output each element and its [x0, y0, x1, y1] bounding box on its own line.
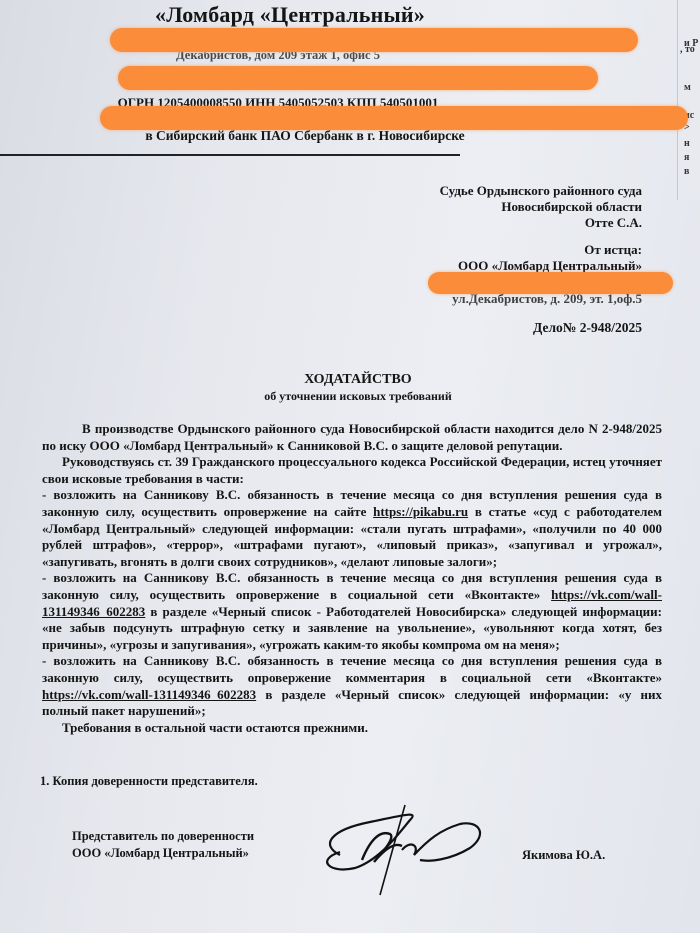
header-divider — [0, 154, 460, 156]
sender-label: От истца: — [584, 242, 642, 258]
edge-fragment: н — [684, 138, 690, 149]
edge-fragment: м — [684, 82, 691, 93]
pikabu-link[interactable]: https://pikabu.ru — [373, 504, 468, 519]
redaction-mark — [100, 106, 688, 130]
sender-address: ул.Декабристов, д. 209, эт. 1,оф.5 — [452, 291, 642, 307]
document-subtitle: об уточнении исковых требований — [8, 389, 700, 404]
signer-name: Якимова Ю.А. — [522, 848, 605, 863]
redaction-mark — [110, 28, 638, 52]
org-name-heading: «Ломбард «Центральный» — [0, 2, 640, 28]
redaction-mark — [118, 66, 598, 90]
claim-item-2: - возложить на Санникову В.С. обязанност… — [42, 570, 662, 653]
recipient-line: Судье Ордынского районного суда — [440, 183, 642, 199]
recipient-line: Новосибирской области — [501, 199, 642, 215]
claim-item-3: - возложить на Санникову В.С. обязанност… — [42, 653, 662, 719]
representative-role: Представитель по доверенности — [72, 828, 254, 844]
claim-item-1: - возложить на Санникову В.С. обязанност… — [42, 487, 662, 570]
recipient-line: Отте С.А. — [585, 215, 642, 231]
document-body: В производстве Ордынского районного суда… — [42, 421, 662, 736]
document-title: ХОДАТАЙСТВО — [8, 372, 700, 388]
handwritten-signature — [310, 800, 500, 900]
document-page: и Р , то м ис > н я в «Ломбард «Централь… — [0, 0, 700, 933]
intro-paragraph: В производстве Ордынского районного суда… — [42, 421, 662, 454]
adjacent-page-edge: и Р , то м ис > н я в — [677, 0, 700, 200]
edge-fragment: , то — [680, 44, 695, 55]
attachment-item: 1. Копия доверенности представителя. — [40, 774, 258, 789]
edge-fragment: в — [684, 166, 689, 177]
basis-paragraph: Руководствуясь ст. 39 Гражданского проце… — [42, 454, 662, 487]
case-number: Дело№ 2-948/2025 — [533, 320, 642, 336]
bank-line: в Сибирский банк ПАО Сбербанк в г. Новос… — [0, 128, 655, 144]
edge-fragment: я — [684, 152, 689, 163]
representative-org: ООО «Ломбард Центральный» — [72, 845, 249, 861]
vk-comment-link[interactable]: https://vk.com/wall-131149346_602283 — [42, 687, 256, 702]
closing-paragraph: Требования в остальной части остаются пр… — [42, 720, 662, 737]
